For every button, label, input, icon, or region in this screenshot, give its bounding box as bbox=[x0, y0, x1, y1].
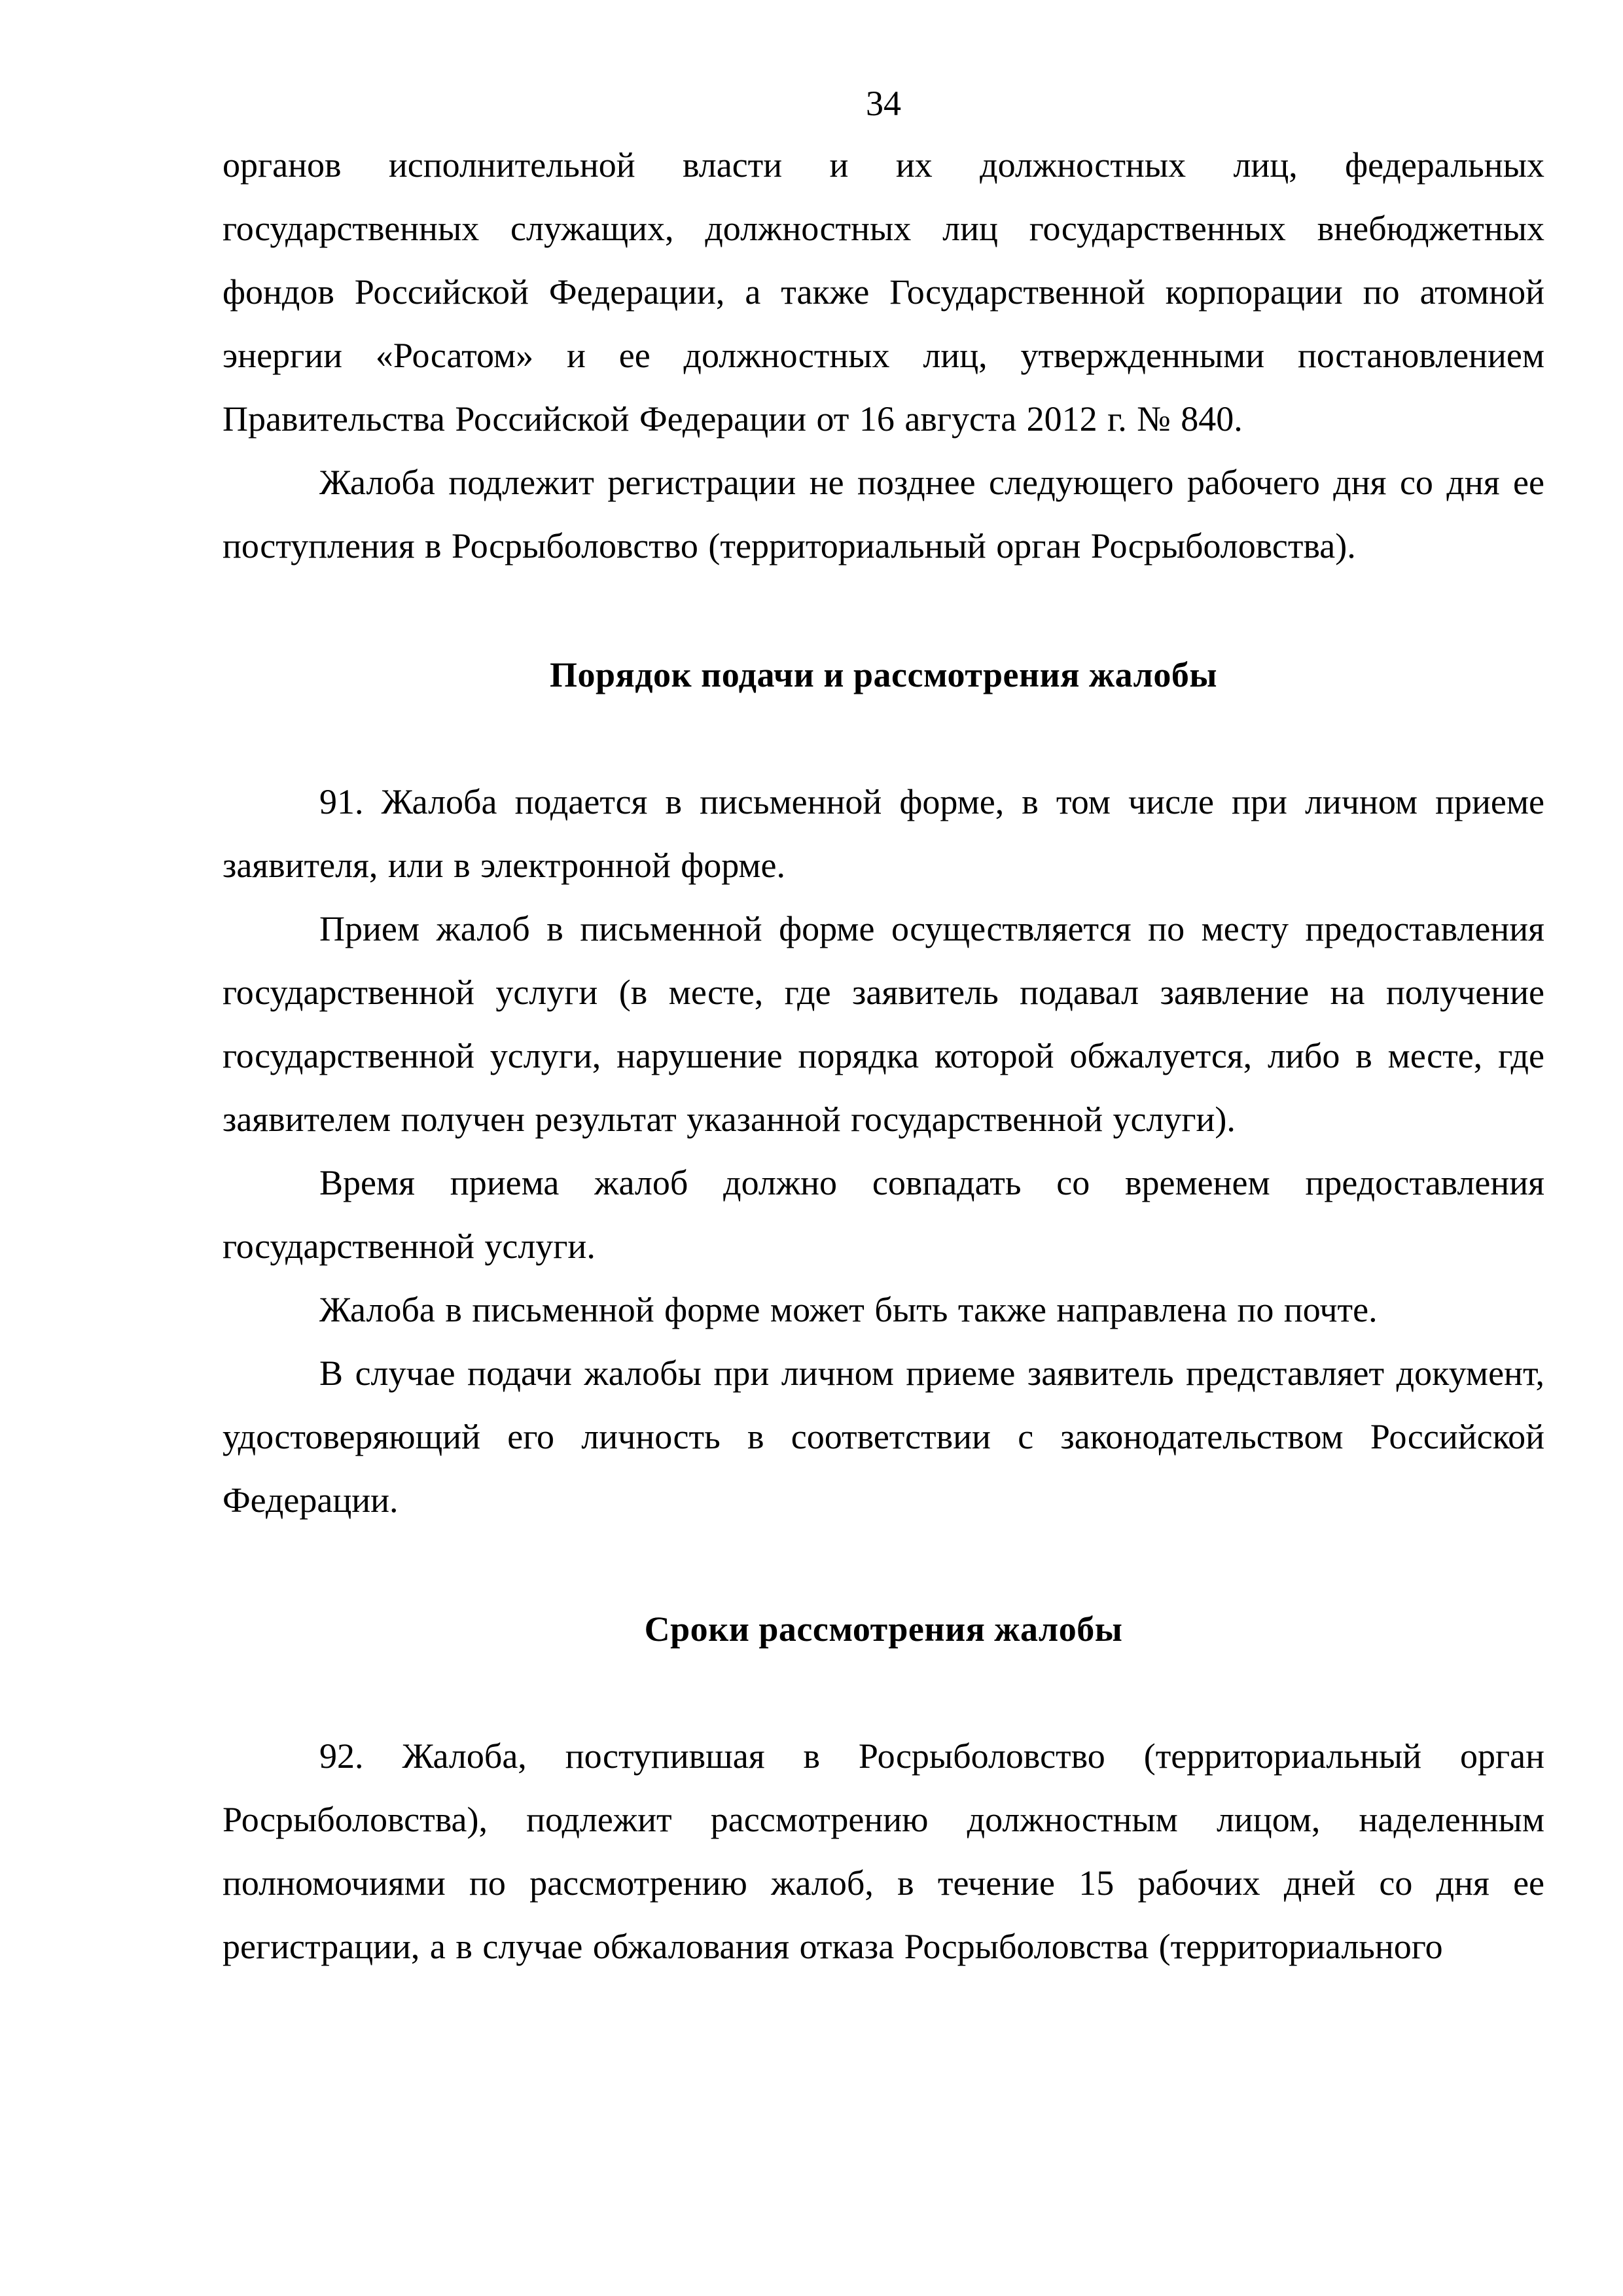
paragraph: Жалоба в письменной форме может быть так… bbox=[223, 1278, 1544, 1342]
paragraph: В случае подачи жалобы при личном приеме… bbox=[223, 1342, 1544, 1532]
section-heading-review-terms: Сроки рассмотрения жалобы bbox=[223, 1598, 1544, 1661]
paragraph: Прием жалоб в письменной форме осуществл… bbox=[223, 897, 1544, 1151]
page-number: 34 bbox=[223, 77, 1544, 130]
paragraph: Жалоба подлежит регистрации не позднее с… bbox=[223, 451, 1544, 578]
document-page: 34 органов исполнительной власти и их до… bbox=[0, 0, 1623, 2296]
paragraph: Время приема жалоб должно совпадать со в… bbox=[223, 1151, 1544, 1278]
document-content: органов исполнительной власти и их должн… bbox=[223, 134, 1544, 1979]
paragraph-clause-91: 91. Жалоба подается в письменной форме, … bbox=[223, 770, 1544, 897]
paragraph-continuation: органов исполнительной власти и их должн… bbox=[223, 134, 1544, 451]
paragraph-clause-92: 92. Жалоба, поступившая в Росрыболовство… bbox=[223, 1725, 1544, 1979]
section-heading-complaint-procedure: Порядок подачи и рассмотрения жалобы bbox=[223, 643, 1544, 707]
